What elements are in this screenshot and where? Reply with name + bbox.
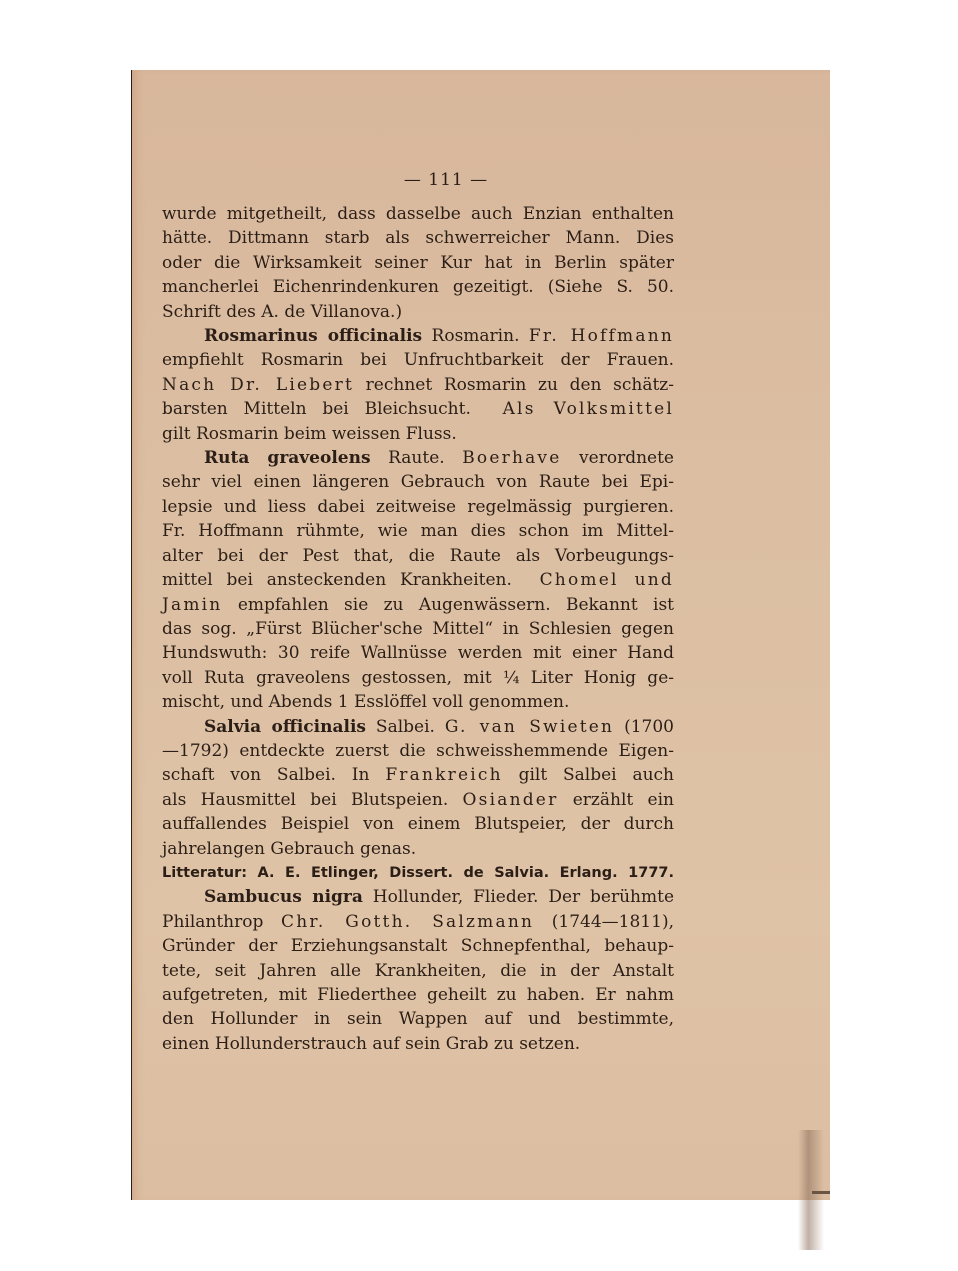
- emphasis: Als Volksmittel: [503, 399, 674, 419]
- text-line: das sog. „Fürst Blücher'sche Mittel“ in …: [162, 617, 674, 641]
- text-line: lepsie und liess dabei zeitweise regelmä…: [162, 495, 674, 519]
- book-page: — 111 — wurde mitgetheilt, dass dasselbe…: [131, 70, 830, 1200]
- text-line: schaft von Salbei. In Frankreich gilt Sa…: [162, 763, 674, 787]
- paragraph-rosmarinus: Rosmarinus officinalis Rosmarin. Fr. Hof…: [162, 324, 674, 446]
- text-line: aufgetreten, mit Fliederthee geheilt zu …: [162, 983, 674, 1007]
- text-line: alter bei der Pest that, die Raute als V…: [162, 544, 674, 568]
- paragraph-salvia: Salvia officinalis Salbei. G. van Swiete…: [162, 715, 674, 886]
- paragraph-continuation: wurde mitgetheilt, dass dasselbe auch En…: [162, 202, 674, 324]
- text-line: jahrelangen Gebrauch genas.: [162, 837, 674, 861]
- page-fold-shadow: [798, 1130, 824, 1250]
- text-line: Gründer der Erziehungsanstalt Schnepfent…: [162, 934, 674, 958]
- author-name: Chr. Gotth. Salzmann: [281, 912, 534, 932]
- botanical-term: Salvia officinalis: [204, 717, 366, 737]
- text-line: Nach Dr. Liebert rechnet Rosmarin zu den…: [162, 373, 674, 397]
- author-name: Osiander: [463, 790, 559, 810]
- text-line: einen Hollunderstrauch auf sein Grab zu …: [162, 1032, 674, 1056]
- botanical-term: Sambucus nigra: [204, 887, 363, 907]
- text-line: auffallendes Beispiel von einem Blutspei…: [162, 812, 674, 836]
- text-line: voll Ruta graveolens gestossen, mit ¼ Li…: [162, 666, 674, 690]
- text-line: mischt, und Abends 1 Esslöffel voll geno…: [162, 690, 674, 714]
- text-line: Jamin empfahlen sie zu Augenwässern. Bek…: [162, 593, 674, 617]
- text-line: empfiehlt Rosmarin bei Unfruchtbarkeit d…: [162, 348, 674, 372]
- text-line: Philanthrop Chr. Gotth. Salzmann (1744—1…: [162, 910, 674, 934]
- text-line: sehr viel einen längeren Gebrauch von Ra…: [162, 470, 674, 494]
- text-line: Hundswuth: 30 reife Wallnüsse werden mit…: [162, 641, 674, 665]
- text-line: gilt Rosmarin beim weissen Fluss.: [162, 422, 674, 446]
- author-name: Jamin: [162, 595, 222, 615]
- text-line: hätte. Dittmann starb als schwerreicher …: [162, 226, 674, 250]
- page-text: wurde mitgetheilt, dass dasselbe auch En…: [162, 202, 674, 1056]
- paragraph-ruta: Ruta graveolens Raute. Boerhave verordne…: [162, 446, 674, 714]
- author-name: G. van Swieten: [445, 717, 614, 737]
- text-line: Salvia officinalis Salbei. G. van Swiete…: [162, 715, 674, 739]
- text-line: Fr. Hoffmann rühmte, wie man dies schon …: [162, 519, 674, 543]
- page-edge-mark: [812, 1191, 830, 1194]
- text-line: barsten Mitteln bei Bleichsucht. Als Vol…: [162, 397, 674, 421]
- text-line: mittel bei ansteckenden Krankheiten. Cho…: [162, 568, 674, 592]
- paragraph-sambucus: Sambucus nigra Hollunder, Flieder. Der b…: [162, 885, 674, 1056]
- text-line: Schrift des A. de Villanova.): [162, 300, 674, 324]
- author-name: Fr. Hoffmann: [529, 326, 674, 346]
- page-number: — 111 —: [132, 170, 760, 190]
- text-line: —1792) entdeckte zuerst die schweisshemm…: [162, 739, 674, 763]
- literature-reference: Litteratur: A. E. Etlinger, Dissert. de …: [162, 861, 674, 885]
- botanical-term: Ruta graveolens: [204, 448, 371, 468]
- emphasis: Frankreich: [385, 765, 502, 785]
- text-line: den Hollunder in sein Wappen auf und bes…: [162, 1007, 674, 1031]
- text-line: oder die Wirksamkeit seiner Kur hat in B…: [162, 251, 674, 275]
- author-name: Nach Dr. Liebert: [162, 375, 354, 395]
- author-name: Boerhave: [462, 448, 561, 468]
- text-line: Sambucus nigra Hollunder, Flieder. Der b…: [162, 885, 674, 909]
- text-line: mancherlei Eichenrindenkuren gezeitigt. …: [162, 275, 674, 299]
- text-line: Rosmarinus officinalis Rosmarin. Fr. Hof…: [162, 324, 674, 348]
- botanical-term: Rosmarinus officinalis: [204, 326, 422, 346]
- text-line: wurde mitgetheilt, dass dasselbe auch En…: [162, 202, 674, 226]
- text-line: Ruta graveolens Raute. Boerhave verordne…: [162, 446, 674, 470]
- text-line: tete, seit Jahren alle Krankheiten, die …: [162, 959, 674, 983]
- text-line: als Hausmittel bei Blutspeien. Osiander …: [162, 788, 674, 812]
- author-name: Chomel und: [540, 570, 674, 590]
